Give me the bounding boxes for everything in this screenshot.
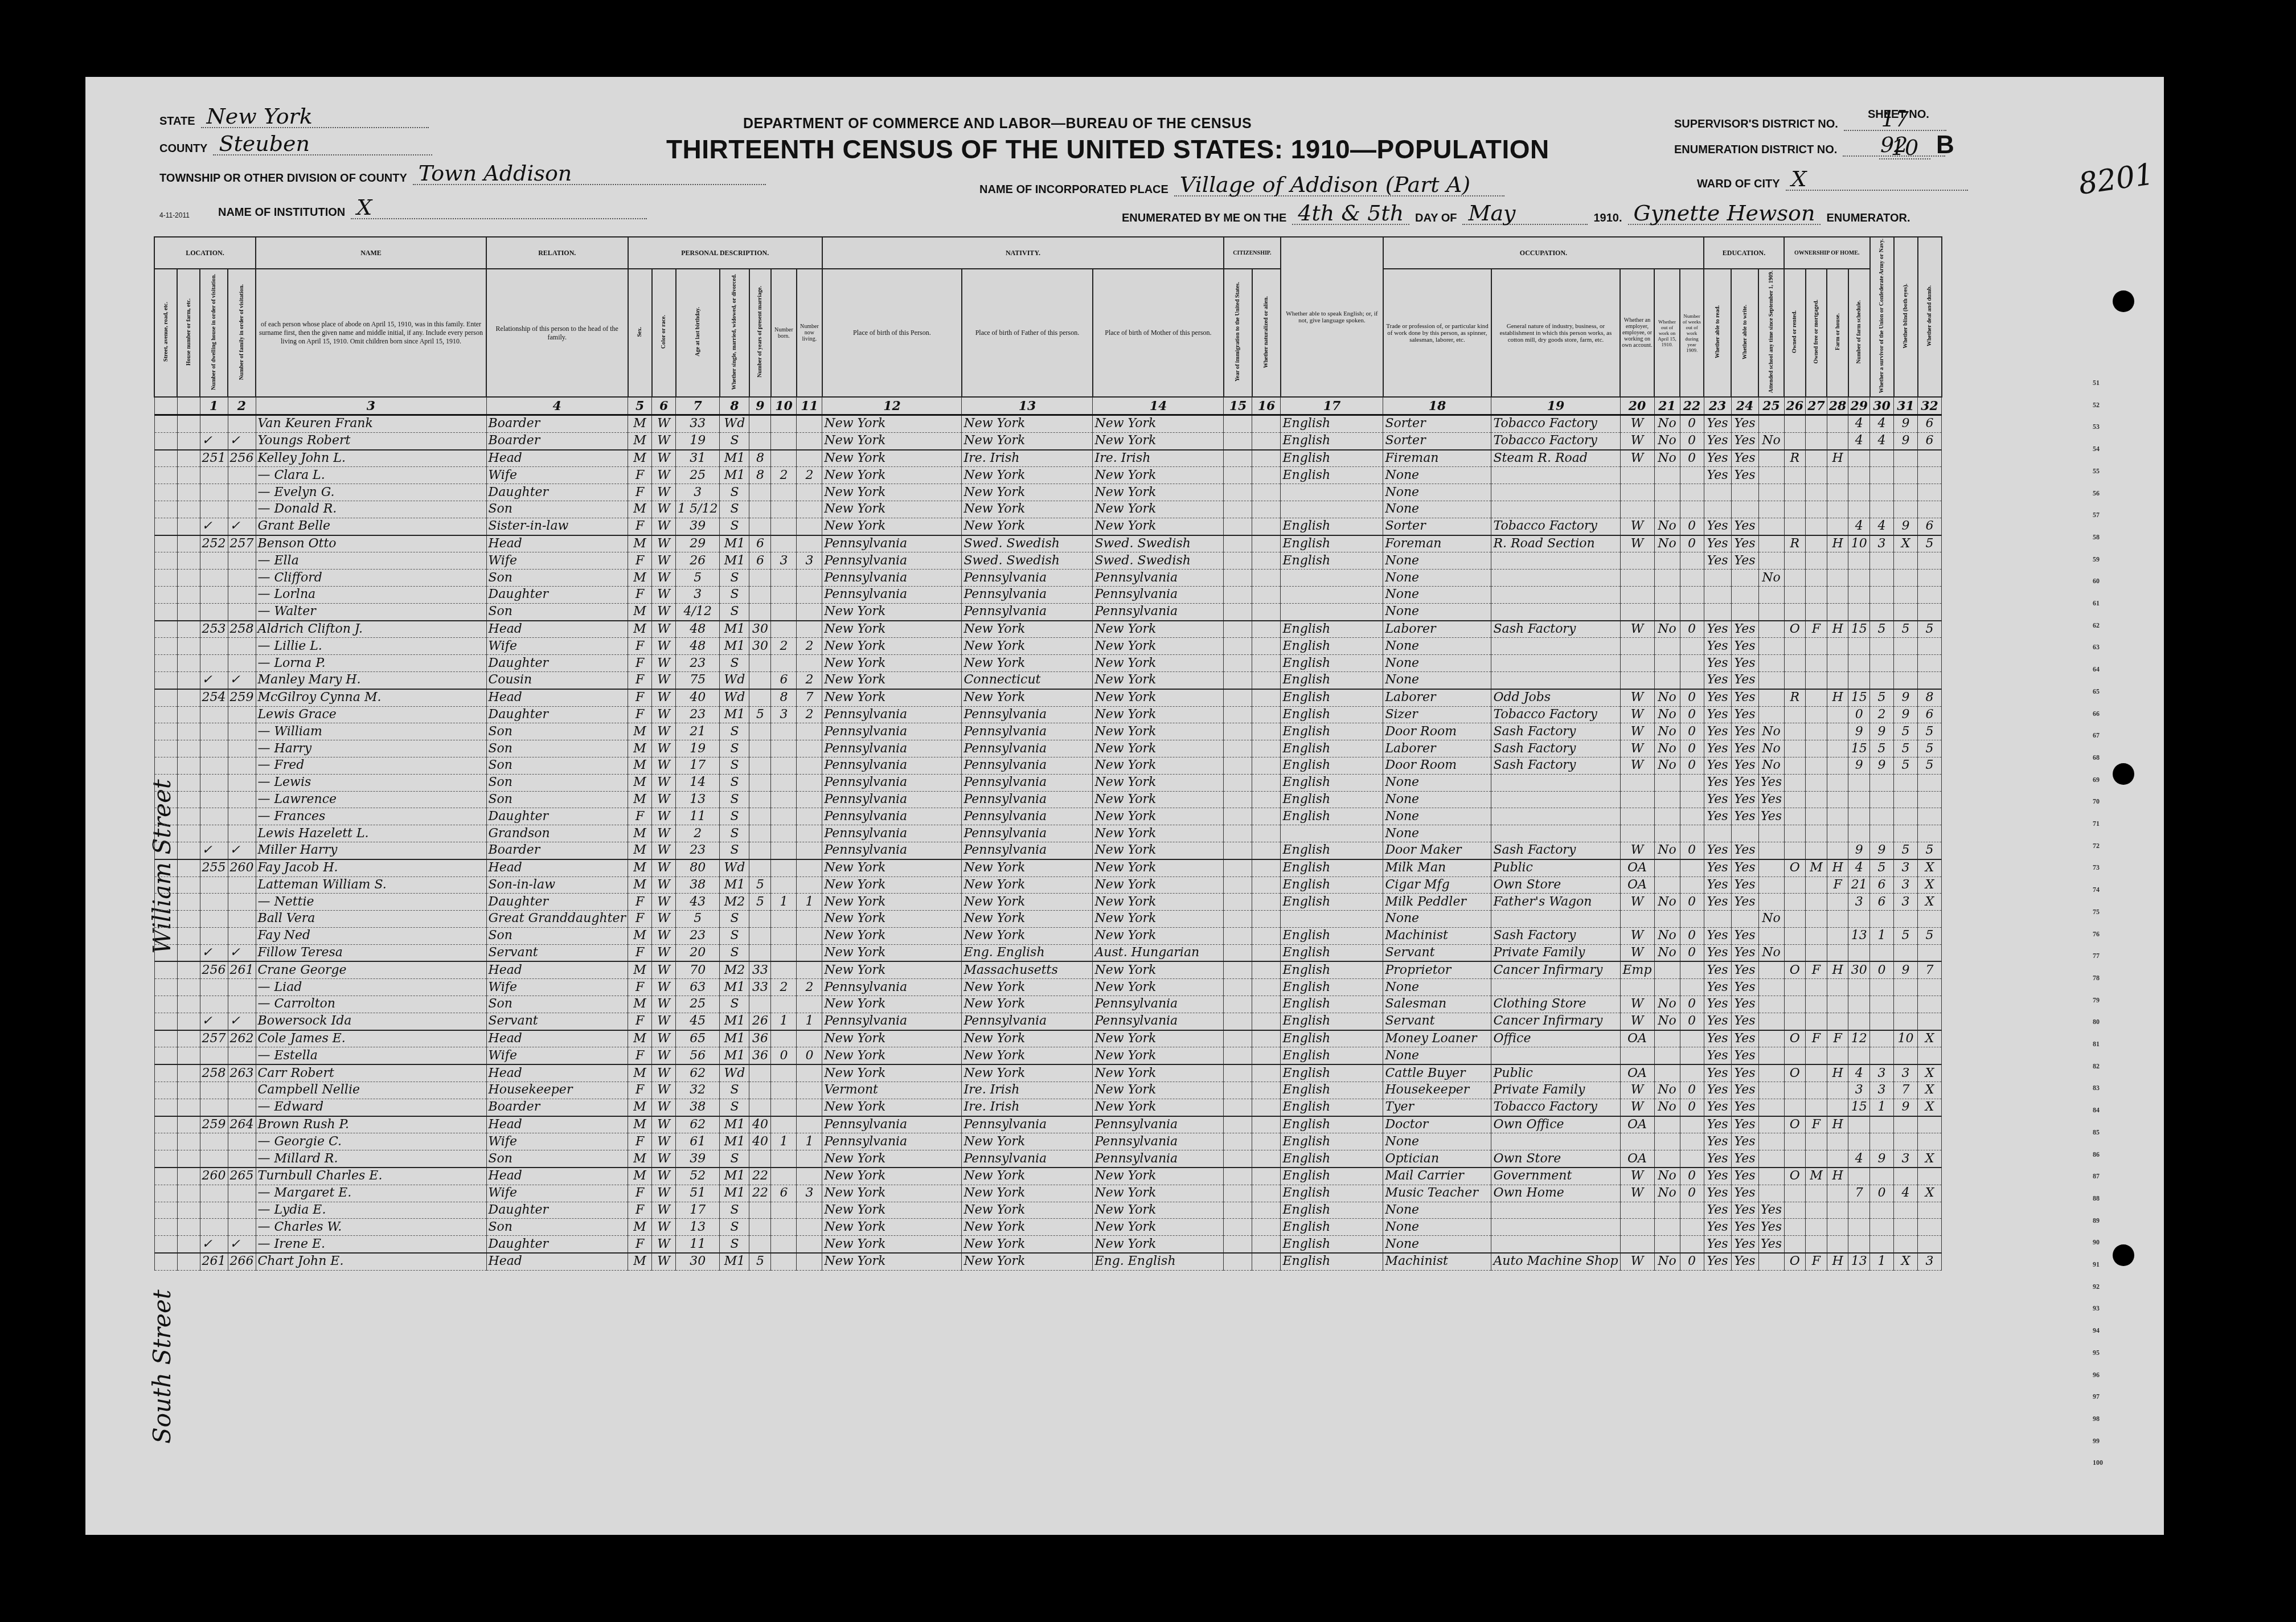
immigration-year bbox=[1224, 1150, 1252, 1168]
col-31: 9 bbox=[1894, 961, 1918, 978]
owned-rented bbox=[1784, 1236, 1806, 1253]
out-of-work bbox=[1654, 552, 1680, 570]
children-born bbox=[771, 774, 797, 791]
birthplace-mother: New York bbox=[1093, 671, 1224, 689]
birthplace-person: New York bbox=[822, 1219, 962, 1236]
state-field: STATE New York bbox=[159, 105, 429, 128]
house-number-cell bbox=[177, 1185, 200, 1202]
col-29 bbox=[1848, 996, 1870, 1013]
employer-status: W bbox=[1620, 1168, 1654, 1185]
col-29: 10 bbox=[1848, 535, 1870, 552]
relationship: Head bbox=[486, 689, 628, 706]
birthplace-mother: New York bbox=[1093, 1030, 1224, 1047]
sex: F bbox=[628, 808, 652, 825]
owned-rented bbox=[1784, 723, 1806, 740]
family-number bbox=[228, 774, 256, 791]
immigration-year bbox=[1224, 911, 1252, 928]
family-number: 266 bbox=[228, 1253, 256, 1270]
birthplace-mother: New York bbox=[1093, 757, 1224, 774]
farm-house bbox=[1827, 1236, 1848, 1253]
industry bbox=[1491, 586, 1620, 603]
person-name: — Clifford bbox=[256, 570, 486, 587]
family-number: 264 bbox=[228, 1116, 256, 1133]
person-name: Miller Harry bbox=[256, 842, 486, 859]
employer-status: W bbox=[1620, 518, 1654, 535]
trade: Salesman bbox=[1383, 996, 1491, 1013]
employer-status: W bbox=[1620, 723, 1654, 740]
employer-status bbox=[1620, 501, 1654, 518]
birthplace-father: New York bbox=[962, 1030, 1093, 1047]
age: 62 bbox=[676, 1116, 720, 1133]
age: 2 bbox=[676, 825, 720, 842]
family-number: ✓ bbox=[228, 1236, 256, 1253]
trade: None bbox=[1383, 501, 1491, 518]
col-31 bbox=[1894, 1168, 1918, 1185]
naturalization bbox=[1252, 586, 1281, 603]
col-32 bbox=[1918, 586, 1942, 603]
street-cell bbox=[154, 655, 177, 672]
person-name: Kelley John L. bbox=[256, 450, 486, 467]
column-number: 29 bbox=[1848, 397, 1870, 415]
line-number: 65 bbox=[2093, 687, 2100, 696]
farm-house bbox=[1827, 894, 1848, 911]
trade: Servant bbox=[1383, 1013, 1491, 1030]
can-read: Yes bbox=[1704, 808, 1731, 825]
years-married: 40 bbox=[749, 1133, 771, 1150]
sex: F bbox=[628, 671, 652, 689]
col-31: 3 bbox=[1894, 859, 1918, 876]
attended-school bbox=[1758, 621, 1784, 638]
farm-house bbox=[1827, 655, 1848, 672]
race: W bbox=[652, 961, 676, 978]
house-number-cell bbox=[177, 1030, 200, 1047]
weeks-out: 0 bbox=[1680, 432, 1704, 449]
age: 38 bbox=[676, 1099, 720, 1116]
header-family: Number of family in order of visitation. bbox=[239, 284, 245, 380]
children-born bbox=[771, 570, 797, 587]
weeks-out bbox=[1680, 586, 1704, 603]
owned-rented bbox=[1784, 944, 1806, 961]
age: 29 bbox=[676, 535, 720, 552]
can-write: Yes bbox=[1731, 1047, 1758, 1064]
dwelling-number bbox=[200, 740, 228, 757]
col-32: X bbox=[1918, 894, 1942, 911]
col-30 bbox=[1870, 1168, 1894, 1185]
trade: Optician bbox=[1383, 1150, 1491, 1168]
sex: F bbox=[628, 944, 652, 961]
trade: Sorter bbox=[1383, 518, 1491, 535]
house-number-cell bbox=[177, 859, 200, 876]
col-30: 5 bbox=[1870, 740, 1894, 757]
farm-house bbox=[1827, 1047, 1848, 1064]
dwelling-number bbox=[200, 603, 228, 620]
person-name: Brown Rush P. bbox=[256, 1116, 486, 1133]
family-number bbox=[228, 1202, 256, 1219]
free-mortgaged: M bbox=[1806, 1168, 1827, 1185]
age: 11 bbox=[676, 1236, 720, 1253]
age: 39 bbox=[676, 518, 720, 535]
attended-school bbox=[1758, 1168, 1784, 1185]
table-row: — LewisSonMW14SPennsylvaniaPennsylvaniaN… bbox=[154, 774, 1942, 791]
street-cell bbox=[154, 944, 177, 961]
marital-status: M2 bbox=[720, 961, 749, 978]
birthplace-person: New York bbox=[822, 1253, 962, 1270]
family-number bbox=[228, 1082, 256, 1099]
dwelling-number bbox=[200, 467, 228, 484]
house-number-cell bbox=[177, 1116, 200, 1133]
relationship: Son-in-law bbox=[486, 876, 628, 894]
table-row: Lewis GraceDaughterFW23M1532Pennsylvania… bbox=[154, 706, 1942, 723]
can-write: Yes bbox=[1731, 1116, 1758, 1133]
birthplace-person: New York bbox=[822, 467, 962, 484]
col-31 bbox=[1894, 671, 1918, 689]
can-read: Yes bbox=[1704, 876, 1731, 894]
family-number bbox=[228, 415, 256, 432]
trade: Milk Peddler bbox=[1383, 894, 1491, 911]
year: 1910. bbox=[1593, 212, 1622, 225]
col-30 bbox=[1870, 570, 1894, 587]
years-married bbox=[749, 671, 771, 689]
years-married: 36 bbox=[749, 1030, 771, 1047]
employer-status bbox=[1620, 570, 1654, 587]
col-32 bbox=[1918, 484, 1942, 501]
children-living bbox=[797, 415, 822, 432]
table-row: ✓✓— Irene E.DaughterFW11SNew YorkNew Yor… bbox=[154, 1236, 1942, 1253]
table-row: — FrancesDaughterFW11SPennsylvaniaPennsy… bbox=[154, 808, 1942, 825]
birthplace-mother: Pennsylvania bbox=[1093, 570, 1224, 587]
column-number: 23 bbox=[1704, 397, 1731, 415]
language: English bbox=[1281, 621, 1383, 638]
can-write: Yes bbox=[1731, 757, 1758, 774]
trade: Laborer bbox=[1383, 689, 1491, 706]
relationship: Servant bbox=[486, 1013, 628, 1030]
person-name: — Irene E. bbox=[256, 1236, 486, 1253]
farm-house bbox=[1827, 723, 1848, 740]
house-number-cell bbox=[177, 1013, 200, 1030]
col-29 bbox=[1848, 552, 1870, 570]
can-read bbox=[1704, 911, 1731, 928]
column-number bbox=[177, 397, 200, 415]
naturalization bbox=[1252, 740, 1281, 757]
free-mortgaged bbox=[1806, 518, 1827, 535]
col-32 bbox=[1918, 1202, 1942, 1219]
col-30: 5 bbox=[1870, 621, 1894, 638]
house-number-cell bbox=[177, 927, 200, 944]
street-cell bbox=[154, 1116, 177, 1133]
out-of-work: No bbox=[1654, 535, 1680, 552]
out-of-work: No bbox=[1654, 842, 1680, 859]
attended-school bbox=[1758, 859, 1784, 876]
sex: F bbox=[628, 638, 652, 655]
industry bbox=[1491, 1202, 1620, 1219]
employer-status: W bbox=[1620, 1253, 1654, 1270]
sex: F bbox=[628, 467, 652, 484]
line-number: 61 bbox=[2093, 599, 2100, 608]
table-row: — Lorna P.DaughterFW23SNew YorkNew YorkN… bbox=[154, 655, 1942, 672]
farm-house bbox=[1827, 740, 1848, 757]
trade: None bbox=[1383, 911, 1491, 928]
house-number-cell bbox=[177, 774, 200, 791]
owned-rented bbox=[1784, 1133, 1806, 1150]
incorporated-place-value: Village of Addison (Part A) bbox=[1174, 174, 1504, 196]
birthplace-person: Pennsylvania bbox=[822, 535, 962, 552]
weeks-out: 0 bbox=[1680, 1253, 1704, 1270]
line-number: 55 bbox=[2093, 467, 2100, 476]
out-of-work bbox=[1654, 671, 1680, 689]
family-number bbox=[228, 808, 256, 825]
naturalization bbox=[1252, 1116, 1281, 1133]
col-29 bbox=[1848, 791, 1870, 808]
birthplace-person: Pennsylvania bbox=[822, 723, 962, 740]
house-number-cell bbox=[177, 1253, 200, 1270]
street-cell bbox=[154, 603, 177, 620]
employer-status bbox=[1620, 825, 1654, 842]
immigration-year bbox=[1224, 621, 1252, 638]
race: W bbox=[652, 1099, 676, 1116]
line-number: 71 bbox=[2093, 820, 2100, 828]
farm-house: H bbox=[1827, 1253, 1848, 1270]
years-married: 5 bbox=[749, 706, 771, 723]
naturalization bbox=[1252, 655, 1281, 672]
owned-rented bbox=[1784, 1099, 1806, 1116]
can-write: Yes bbox=[1731, 842, 1758, 859]
line-number: 85 bbox=[2093, 1128, 2100, 1137]
col-32 bbox=[1918, 1168, 1942, 1185]
col-29: 4 bbox=[1848, 1064, 1870, 1082]
employer-status: W bbox=[1620, 432, 1654, 449]
group-personal: PERSONAL DESCRIPTION. bbox=[628, 237, 822, 269]
marital-status: M1 bbox=[720, 979, 749, 996]
relationship: Sister-in-law bbox=[486, 518, 628, 535]
family-number: 261 bbox=[228, 961, 256, 978]
birthplace-father: Eng. English bbox=[962, 944, 1093, 961]
naturalization bbox=[1252, 1030, 1281, 1047]
county-field: COUNTY Steuben bbox=[159, 133, 432, 155]
language: English bbox=[1281, 979, 1383, 996]
free-mortgaged bbox=[1806, 825, 1827, 842]
marital-status: S bbox=[720, 911, 749, 928]
dwelling-number bbox=[200, 484, 228, 501]
owned-rented: O bbox=[1784, 1030, 1806, 1047]
years-married bbox=[749, 501, 771, 518]
col-29: 30 bbox=[1848, 961, 1870, 978]
immigration-year bbox=[1224, 842, 1252, 859]
header-sex: Sex. bbox=[637, 327, 643, 337]
col-29: 0 bbox=[1848, 706, 1870, 723]
free-mortgaged: F bbox=[1806, 1116, 1827, 1133]
birthplace-person: Pennsylvania bbox=[822, 552, 962, 570]
col-31 bbox=[1894, 655, 1918, 672]
line-number: 90 bbox=[2093, 1238, 2100, 1247]
age: 23 bbox=[676, 706, 720, 723]
can-write bbox=[1731, 484, 1758, 501]
industry: Steam R. Road bbox=[1491, 450, 1620, 467]
dwelling-number bbox=[200, 501, 228, 518]
farm-house bbox=[1827, 706, 1848, 723]
employer-status bbox=[1620, 671, 1654, 689]
relationship: Wife bbox=[486, 1047, 628, 1064]
birthplace-person: New York bbox=[822, 1099, 962, 1116]
col-30 bbox=[1870, 1013, 1894, 1030]
age: 3 bbox=[676, 484, 720, 501]
age: 19 bbox=[676, 740, 720, 757]
language: English bbox=[1281, 757, 1383, 774]
col-31: 9 bbox=[1894, 432, 1918, 449]
table-row: 251256Kelley John L.HeadMW31M18New YorkI… bbox=[154, 450, 1942, 467]
house-number-cell bbox=[177, 1064, 200, 1082]
col-30 bbox=[1870, 1236, 1894, 1253]
employer-status bbox=[1620, 1219, 1654, 1236]
industry bbox=[1491, 1236, 1620, 1253]
language: English bbox=[1281, 638, 1383, 655]
dwelling-number bbox=[200, 911, 228, 928]
free-mortgaged bbox=[1806, 655, 1827, 672]
children-living: 7 bbox=[797, 689, 822, 706]
age: 51 bbox=[676, 1185, 720, 1202]
sheet-number-field: 10 B bbox=[1879, 131, 1954, 159]
house-number-cell bbox=[177, 1236, 200, 1253]
can-read: Yes bbox=[1704, 859, 1731, 876]
column-number: 28 bbox=[1827, 397, 1848, 415]
dwelling-number bbox=[200, 1150, 228, 1168]
employer-status: W bbox=[1620, 1185, 1654, 1202]
street-cell bbox=[154, 1253, 177, 1270]
col-29: 9 bbox=[1848, 842, 1870, 859]
family-number bbox=[228, 467, 256, 484]
street-cell bbox=[154, 415, 177, 432]
col-30 bbox=[1870, 791, 1894, 808]
stamp-number: 8201 bbox=[2076, 157, 2155, 202]
out-of-work bbox=[1654, 961, 1680, 978]
language: English bbox=[1281, 432, 1383, 449]
col-29: 4 bbox=[1848, 1150, 1870, 1168]
birthplace-father: Ire. Irish bbox=[962, 1099, 1093, 1116]
dwelling-number bbox=[200, 996, 228, 1013]
column-number bbox=[154, 397, 177, 415]
birthplace-mother: New York bbox=[1093, 467, 1224, 484]
can-write: Yes bbox=[1731, 552, 1758, 570]
col-31: 7 bbox=[1894, 1082, 1918, 1099]
language: English bbox=[1281, 723, 1383, 740]
col-32: 5 bbox=[1918, 842, 1942, 859]
attended-school bbox=[1758, 1082, 1784, 1099]
birthplace-person: New York bbox=[822, 621, 962, 638]
free-mortgaged bbox=[1806, 432, 1827, 449]
house-number-cell bbox=[177, 484, 200, 501]
owned-rented: O bbox=[1784, 859, 1806, 876]
street-cell bbox=[154, 859, 177, 876]
dwelling-number bbox=[200, 979, 228, 996]
marital-status: S bbox=[720, 501, 749, 518]
trade: Laborer bbox=[1383, 740, 1491, 757]
relationship: Son bbox=[486, 774, 628, 791]
free-mortgaged bbox=[1806, 876, 1827, 894]
can-read: Yes bbox=[1704, 415, 1731, 432]
out-of-work: No bbox=[1654, 740, 1680, 757]
children-living: 3 bbox=[797, 552, 822, 570]
dwelling-number bbox=[200, 825, 228, 842]
children-living: 3 bbox=[797, 1185, 822, 1202]
table-row: — WilliamSonMW21SPennsylvaniaPennsylvani… bbox=[154, 723, 1942, 740]
house-number-cell bbox=[177, 706, 200, 723]
attended-school bbox=[1758, 842, 1784, 859]
birthplace-mother: New York bbox=[1093, 638, 1224, 655]
street-cell bbox=[154, 1150, 177, 1168]
can-read: Yes bbox=[1704, 723, 1731, 740]
out-of-work bbox=[1654, 638, 1680, 655]
employer-status: W bbox=[1620, 927, 1654, 944]
family-number: ✓ bbox=[228, 842, 256, 859]
industry: Private Family bbox=[1491, 1082, 1620, 1099]
col-32 bbox=[1918, 808, 1942, 825]
age: 25 bbox=[676, 467, 720, 484]
col-29 bbox=[1848, 570, 1870, 587]
race: W bbox=[652, 1185, 676, 1202]
naturalization bbox=[1252, 944, 1281, 961]
col-32 bbox=[1918, 552, 1942, 570]
years-married: 22 bbox=[749, 1168, 771, 1185]
header-race: Color or race. bbox=[661, 315, 667, 349]
table-row: Van Keuren FrankBoarderMW33WdNew YorkNew… bbox=[154, 415, 1942, 432]
immigration-year bbox=[1224, 655, 1252, 672]
col-32 bbox=[1918, 911, 1942, 928]
farm-house: H bbox=[1827, 535, 1848, 552]
children-living bbox=[797, 859, 822, 876]
can-write: Yes bbox=[1731, 1133, 1758, 1150]
farm-house: H bbox=[1827, 1064, 1848, 1082]
can-read: Yes bbox=[1704, 518, 1731, 535]
house-number-cell bbox=[177, 740, 200, 757]
trade: Door Maker bbox=[1383, 842, 1491, 859]
col-30 bbox=[1870, 1047, 1894, 1064]
industry bbox=[1491, 467, 1620, 484]
attended-school bbox=[1758, 706, 1784, 723]
person-name: Manley Mary H. bbox=[256, 671, 486, 689]
supervisor-district-label: SUPERVISOR'S DISTRICT NO. bbox=[1674, 118, 1838, 131]
col-29: 15 bbox=[1848, 689, 1870, 706]
table-row: 255260Fay Jacob H.HeadMW80WdNew YorkNew … bbox=[154, 859, 1942, 876]
relationship: Head bbox=[486, 1030, 628, 1047]
age: 20 bbox=[676, 944, 720, 961]
naturalization bbox=[1252, 467, 1281, 484]
col-30 bbox=[1870, 1133, 1894, 1150]
street-cell bbox=[154, 1168, 177, 1185]
family-number: 260 bbox=[228, 859, 256, 876]
can-write: Yes bbox=[1731, 432, 1758, 449]
group-relation: RELATION. bbox=[486, 237, 628, 269]
col-31 bbox=[1894, 1116, 1918, 1133]
out-of-work: No bbox=[1654, 927, 1680, 944]
sex: M bbox=[628, 432, 652, 449]
naturalization bbox=[1252, 911, 1281, 928]
col-29: 4 bbox=[1848, 859, 1870, 876]
family-number bbox=[228, 586, 256, 603]
street-cell bbox=[154, 1082, 177, 1099]
out-of-work: No bbox=[1654, 1082, 1680, 1099]
col-29 bbox=[1848, 1116, 1870, 1133]
header-birth-mother: Place of birth of Mother of this person. bbox=[1093, 269, 1224, 397]
house-number-cell bbox=[177, 655, 200, 672]
language: English bbox=[1281, 535, 1383, 552]
years-married: 5 bbox=[749, 876, 771, 894]
relationship: Great Granddaughter bbox=[486, 911, 628, 928]
col-29: 9 bbox=[1848, 723, 1870, 740]
employer-status: W bbox=[1620, 1082, 1654, 1099]
relationship: Son bbox=[486, 570, 628, 587]
col-31 bbox=[1894, 501, 1918, 518]
industry: Private Family bbox=[1491, 944, 1620, 961]
farm-house bbox=[1827, 638, 1848, 655]
